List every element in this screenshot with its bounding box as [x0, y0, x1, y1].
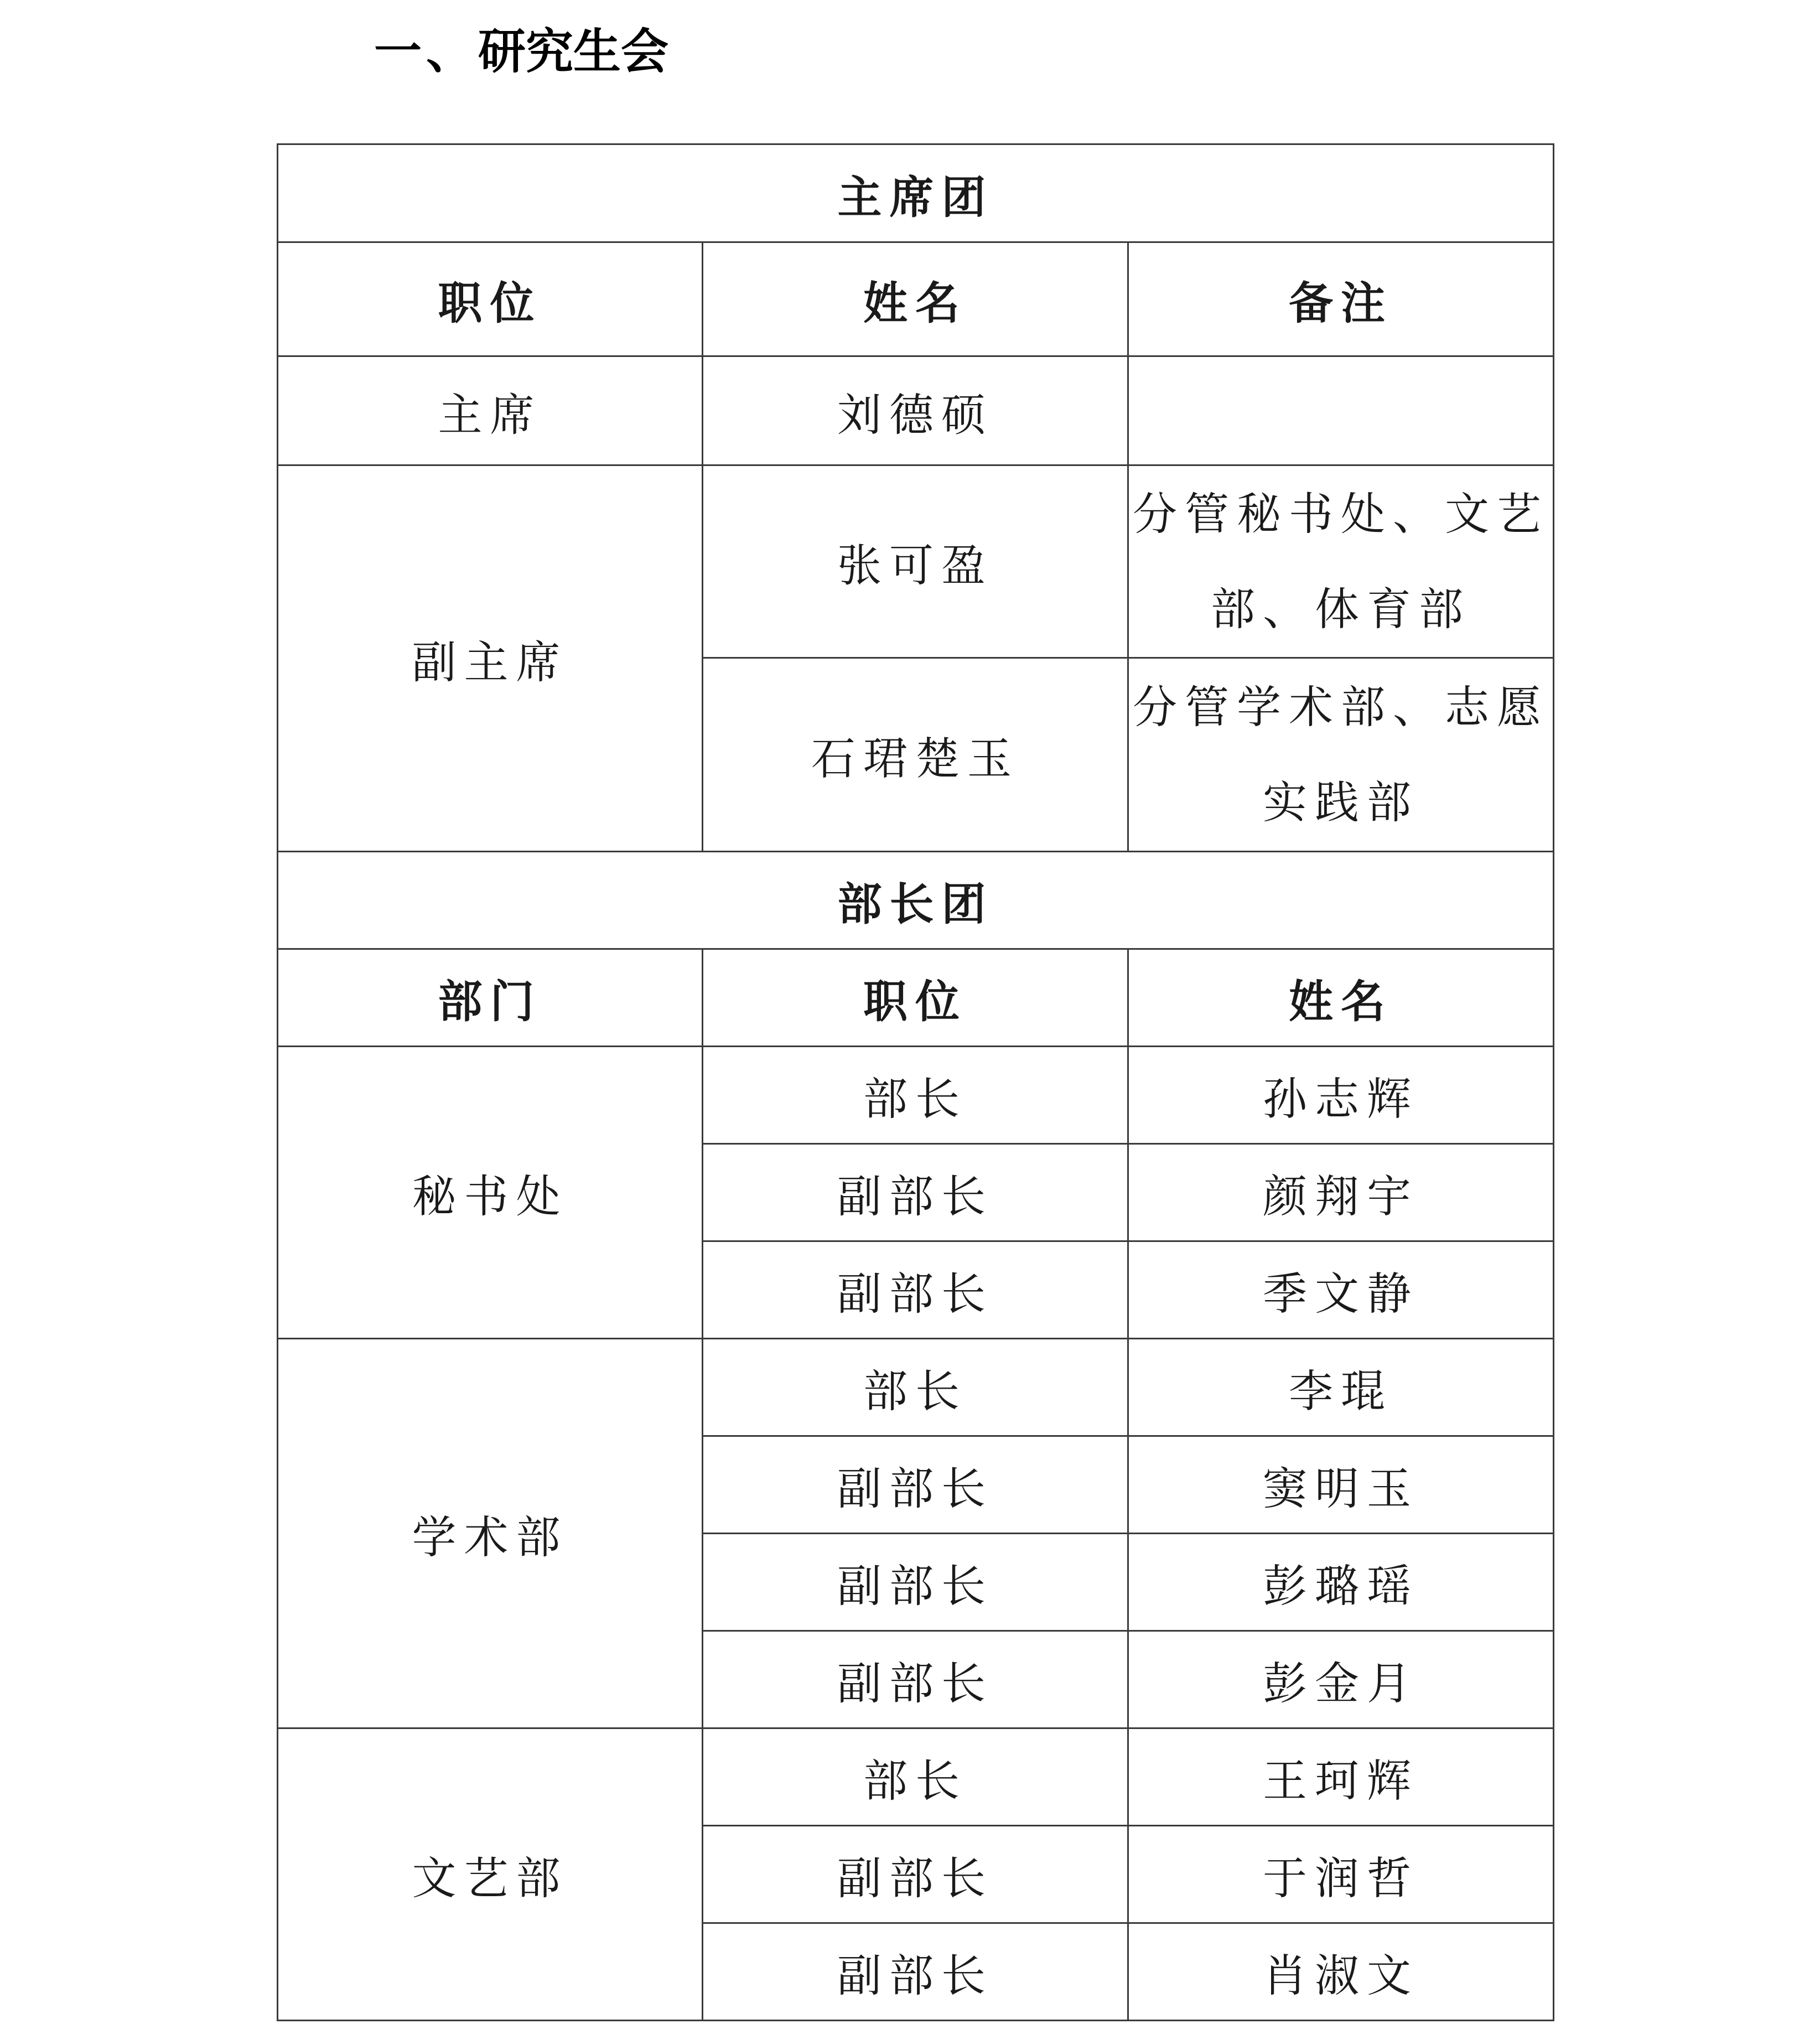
position-cell: 副部长	[703, 1144, 1128, 1241]
name-cell: 彭璐瑶	[1128, 1534, 1554, 1631]
department-cell: 文艺部	[278, 1728, 703, 2021]
name-cell: 石珺楚玉	[703, 658, 1128, 852]
position-cell: 主席	[278, 356, 703, 465]
name-cell: 孙志辉	[1128, 1047, 1554, 1144]
ministers-header-row: 部门 职位 姓名	[278, 949, 1554, 1047]
position-cell: 副主席	[278, 465, 703, 852]
section-heading: 一、研究生会	[374, 19, 668, 85]
department-cell: 秘书处	[278, 1047, 703, 1339]
header-department: 部门	[278, 949, 703, 1047]
section-number: 一、	[374, 24, 478, 80]
header-name: 姓名	[703, 242, 1128, 356]
name-cell: 颜翔宇	[1128, 1144, 1554, 1241]
name-cell: 李琨	[1128, 1339, 1554, 1436]
position-cell: 副部长	[703, 1436, 1128, 1534]
position-cell: 部长	[703, 1047, 1128, 1144]
presidium-title-row: 主席团	[278, 144, 1554, 242]
name-cell: 季文静	[1128, 1241, 1554, 1339]
ministers-title-row: 部长团	[278, 852, 1554, 949]
position-cell: 副部长	[703, 1241, 1128, 1339]
department-cell: 学术部	[278, 1339, 703, 1728]
name-cell: 于润哲	[1128, 1826, 1554, 1923]
name-cell: 窦明玉	[1128, 1436, 1554, 1534]
roster-table: 主席团 职位 姓名 备注 主席 刘德硕 副主席 张可盈 分管秘书处、文艺部、体育…	[277, 143, 1554, 2021]
position-cell: 部长	[703, 1339, 1128, 1436]
table-row: 主席 刘德硕	[278, 356, 1554, 465]
note-cell	[1128, 356, 1554, 465]
header-note: 备注	[1128, 242, 1554, 356]
table-row: 副主席 张可盈 分管秘书处、文艺部、体育部	[278, 465, 1554, 658]
presidium-title: 主席团	[278, 144, 1554, 242]
position-cell: 部长	[703, 1728, 1128, 1826]
table-row: 学术部 部长 李琨	[278, 1339, 1554, 1436]
table-row: 秘书处 部长 孙志辉	[278, 1047, 1554, 1144]
position-cell: 副部长	[703, 1631, 1128, 1728]
presidium-header-row: 职位 姓名 备注	[278, 242, 1554, 356]
note-cell: 分管学术部、志愿实践部	[1128, 658, 1554, 852]
section-title: 研究生会	[478, 24, 668, 80]
name-cell: 肖淑文	[1128, 1923, 1554, 2021]
header-position: 职位	[703, 949, 1128, 1047]
name-cell: 王珂辉	[1128, 1728, 1554, 1826]
name-cell: 刘德硕	[703, 356, 1128, 465]
position-cell: 副部长	[703, 1534, 1128, 1631]
position-cell: 副部长	[703, 1923, 1128, 2021]
position-cell: 副部长	[703, 1826, 1128, 1923]
name-cell: 张可盈	[703, 465, 1128, 658]
name-cell: 彭金月	[1128, 1631, 1554, 1728]
header-name: 姓名	[1128, 949, 1554, 1047]
note-cell: 分管秘书处、文艺部、体育部	[1128, 465, 1554, 658]
table-row: 文艺部 部长 王珂辉	[278, 1728, 1554, 1826]
ministers-title: 部长团	[278, 852, 1554, 949]
header-position: 职位	[278, 242, 703, 356]
